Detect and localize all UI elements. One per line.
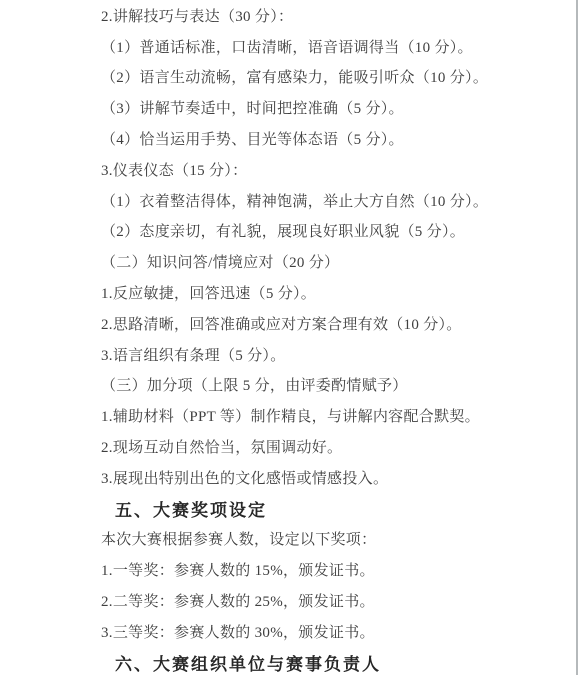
section-heading-awards: 五、大赛奖项设定 xyxy=(0,493,582,524)
document-line: 3.三等奖：参赛人数的 30%，颁发证书。 xyxy=(0,616,582,647)
document-line: 1.辅助材料（PPT 等）制作精良，与讲解内容配合默契。 xyxy=(0,400,582,431)
document-line: （2）态度亲切，有礼貌，展现良好职业风貌（5 分）。 xyxy=(0,216,582,247)
document-line: （1）普通话标准，口齿清晰，语音语调得当（10 分）。 xyxy=(0,31,582,62)
document-line: （4）恰当运用手势、目光等体态语（5 分）。 xyxy=(0,123,582,154)
document-line: 本次大赛根据参赛人数，设定以下奖项： xyxy=(0,524,582,555)
document-line: 3.仪表仪态（15 分）： xyxy=(0,154,582,185)
section-heading-organizers: 六、大赛组织单位与赛事负责人 xyxy=(0,647,582,675)
document-line: 3.语言组织有条理（5 分）。 xyxy=(0,339,582,370)
document-line: 2.讲解技巧与表达（30 分）： xyxy=(0,0,582,31)
document-line: （3）讲解节奏适中，时间把控准确（5 分）。 xyxy=(0,92,582,123)
document-line: （二）知识问答/情境应对（20 分） xyxy=(0,246,582,277)
document-line: 2.二等奖：参赛人数的 25%，颁发证书。 xyxy=(0,585,582,616)
document-line: （1）衣着整洁得体，精神饱满，举止大方自然（10 分）。 xyxy=(0,185,582,216)
document-page: 2.讲解技巧与表达（30 分）： （1）普通话标准，口齿清晰，语音语调得当（10… xyxy=(0,0,582,675)
document-line: 3.展现出特别出色的文化感悟或情感投入。 xyxy=(0,462,582,493)
page-right-edge xyxy=(576,0,578,675)
document-line: 1.一等奖：参赛人数的 15%，颁发证书。 xyxy=(0,554,582,585)
document-text-block: 2.讲解技巧与表达（30 分）： （1）普通话标准，口齿清晰，语音语调得当（10… xyxy=(0,0,582,675)
document-line: 2.思路清晰，回答准确或应对方案合理有效（10 分）。 xyxy=(0,308,582,339)
document-line: （三）加分项（上限 5 分，由评委酌情赋予） xyxy=(0,370,582,401)
document-line: 2.现场互动自然恰当，氛围调动好。 xyxy=(0,431,582,462)
document-line: 1.反应敏捷，回答迅速（5 分）。 xyxy=(0,277,582,308)
document-line: （2）语言生动流畅，富有感染力，能吸引听众（10 分）。 xyxy=(0,62,582,93)
